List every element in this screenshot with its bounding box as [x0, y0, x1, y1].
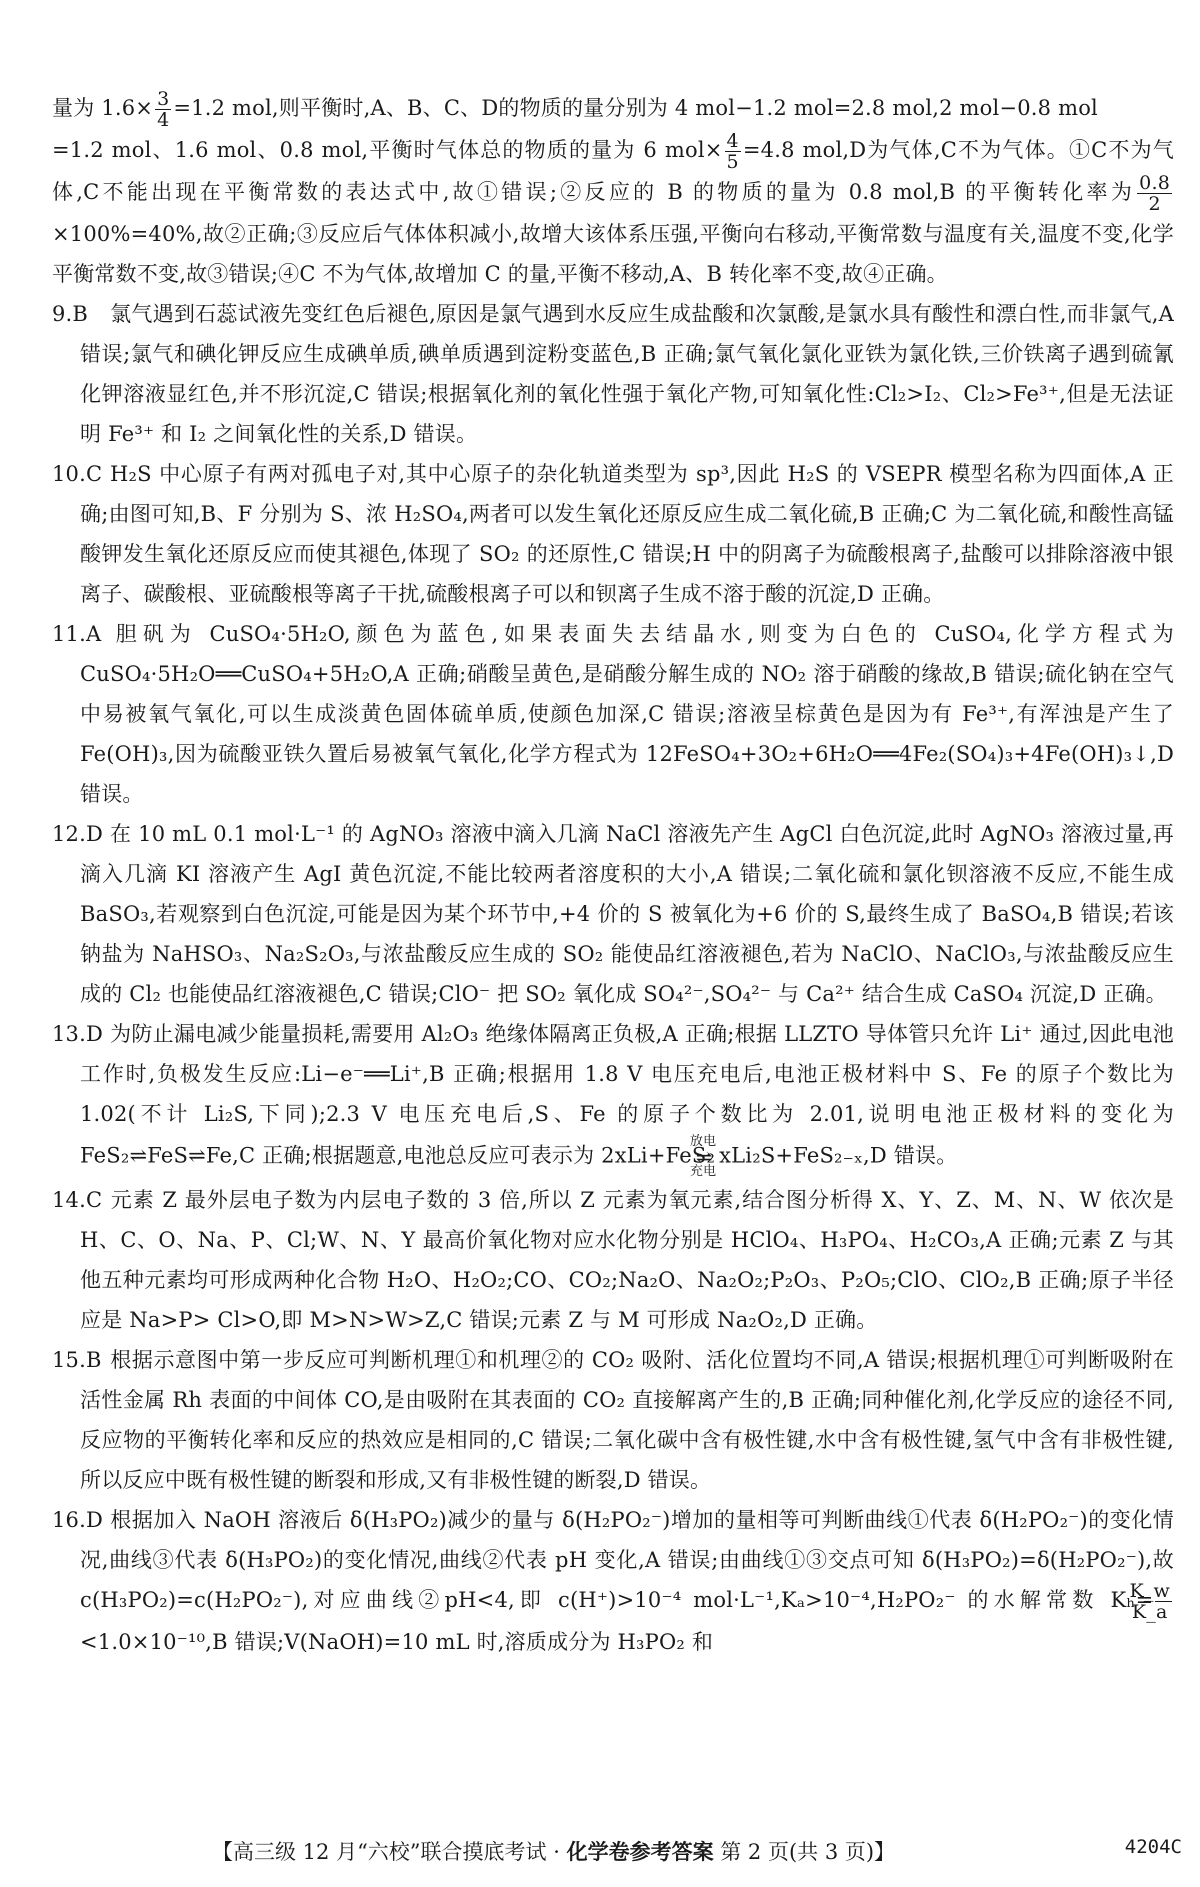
answer-explanation: 氯气遇到石蕊试液先变红色后褪色,原因是氯气遇到水反应生成盐酸和次氯酸,是氯水具有… [80, 302, 1174, 446]
answer-explanation: 为防止漏电减少能量损耗,需要用 Al₂O₃ 绝缘体隔离正负极,A 正确;根据 L… [80, 1022, 1174, 1168]
question-number: 14.C [52, 1180, 110, 1220]
answer-q16: 16.D根据加入 NaOH 溶液后 δ(H₃PO₂)减少的量与 δ(H₂PO₂⁻… [52, 1500, 1174, 1662]
question-number: 16.D [52, 1500, 110, 1540]
answer-explanation: H₂S 中心原子有两对孤电子对,其中心原子的杂化轨道类型为 sp³,因此 H₂S… [80, 462, 1174, 606]
answer-explanation: 根据示意图中第一步反应可判断机理①和机理②的 CO₂ 吸附、活化位置均不同,A … [80, 1348, 1174, 1492]
denominator: 2 [1137, 194, 1172, 214]
answer-q15: 15.B根据示意图中第一步反应可判断机理①和机理②的 CO₂ 吸附、活化位置均不… [52, 1340, 1174, 1500]
text-segment: ×100%=40%,故②正确;③反应后气体体积减小,故增大该体系压强,平衡向右移… [52, 222, 1174, 286]
answer-q14: 14.C元素 Z 最外层电子数为内层电子数的 3 倍,所以 Z 元素为氧元素,结… [52, 1180, 1174, 1340]
answer-explanation: xLi₂S+FeS₂₋ₓ,D 错误。 [719, 1144, 957, 1168]
answer-q11: 11.A胆矾为 CuSO₄·5H₂O,颜色为蓝色,如果表面失去结晶水,则变为白色… [52, 614, 1174, 814]
answer-explanation: 胆矾为 CuSO₄·5H₂O,颜色为蓝色,如果表面失去结晶水,则变为白色的 Cu… [80, 622, 1174, 806]
fraction-kw-ka: K_wK_a [1155, 1581, 1172, 1622]
page-footer: 【高三级 12 月“六校”联合摸底考试 · 化学卷参考答案 第 2 页(共 3 … [0, 1836, 1200, 1872]
answer-page: 量为 1.6×34=1.2 mol,则平衡时,A、B、C、D的物质的量分别为 4… [52, 88, 1174, 1662]
fraction-3-4: 34 [155, 89, 171, 130]
answer-explanation: 根据加入 NaOH 溶液后 δ(H₃PO₂)减少的量与 δ(H₂PO₂⁻)增加的… [80, 1508, 1174, 1612]
continuation-paragraph: 量为 1.6×34=1.2 mol,则平衡时,A、B、C、D的物质的量分别为 4… [52, 88, 1174, 294]
fraction-0.8-2: 0.82 [1137, 173, 1172, 214]
answer-explanation: 元素 Z 最外层电子数为内层电子数的 3 倍,所以 Z 元素为氧元素,结合图分析… [80, 1188, 1174, 1332]
answer-q9: 9.B氯气遇到石蕊试液先变红色后褪色,原因是氯气遇到水反应生成盐酸和次氯酸,是氯… [52, 294, 1174, 454]
question-number: 15.B [52, 1340, 110, 1380]
numerator: 0.8 [1137, 173, 1172, 194]
fraction-4-5: 45 [725, 131, 741, 172]
denominator: 5 [725, 152, 741, 172]
question-number: 13.D [52, 1014, 110, 1054]
question-number: 9.B [52, 294, 110, 334]
denominator: 4 [155, 110, 171, 130]
numerator: K_w [1155, 1581, 1172, 1602]
answer-q10: 10.CH₂S 中心原子有两对孤电子对,其中心原子的杂化轨道类型为 sp³,因此… [52, 454, 1174, 614]
footer-title-part: 【高三级 12 月“六校”联合摸底考试 · [212, 1840, 567, 1864]
denominator: K_a [1155, 1602, 1172, 1622]
text-segment: 量为 1.6× [52, 96, 153, 120]
text-segment: =1.2 mol、1.6 mol、0.8 mol,平衡时气体总的物质的量为 6 … [52, 138, 723, 162]
answer-q12: 12.D在 10 mL 0.1 mol·L⁻¹ 的 AgNO₃ 溶液中滴入几滴 … [52, 814, 1174, 1014]
question-number: 12.D [52, 814, 110, 854]
footer-title: 【高三级 12 月“六校”联合摸底考试 · 化学卷参考答案 第 2 页(共 3 … [212, 1836, 895, 1866]
text-segment: =1.2 mol,则平衡时,A、B、C、D的物质的量分别为 4 mol−1.2 … [173, 96, 1098, 120]
answer-explanation: <1.0×10⁻¹⁰,B 错误;V(NaOH)=10 mL 时,溶质成分为 H₃… [80, 1630, 713, 1654]
numerator: 4 [725, 131, 741, 152]
footer-title-bold: 化学卷参考答案 [567, 1839, 714, 1864]
answer-q13: 13.D为防止漏电减少能量损耗,需要用 Al₂O₃ 绝缘体隔离正负极,A 正确;… [52, 1014, 1174, 1180]
numerator: 3 [155, 89, 171, 110]
answer-explanation: 在 10 mL 0.1 mol·L⁻¹ 的 AgNO₃ 溶液中滴入几滴 NaCl… [80, 822, 1174, 1006]
footer-doc-code: 4204C [1125, 1836, 1182, 1858]
question-number: 11.A [52, 614, 110, 654]
question-number: 10.C [52, 454, 110, 494]
footer-page-info: 第 2 页(共 3 页)】 [714, 1840, 895, 1864]
